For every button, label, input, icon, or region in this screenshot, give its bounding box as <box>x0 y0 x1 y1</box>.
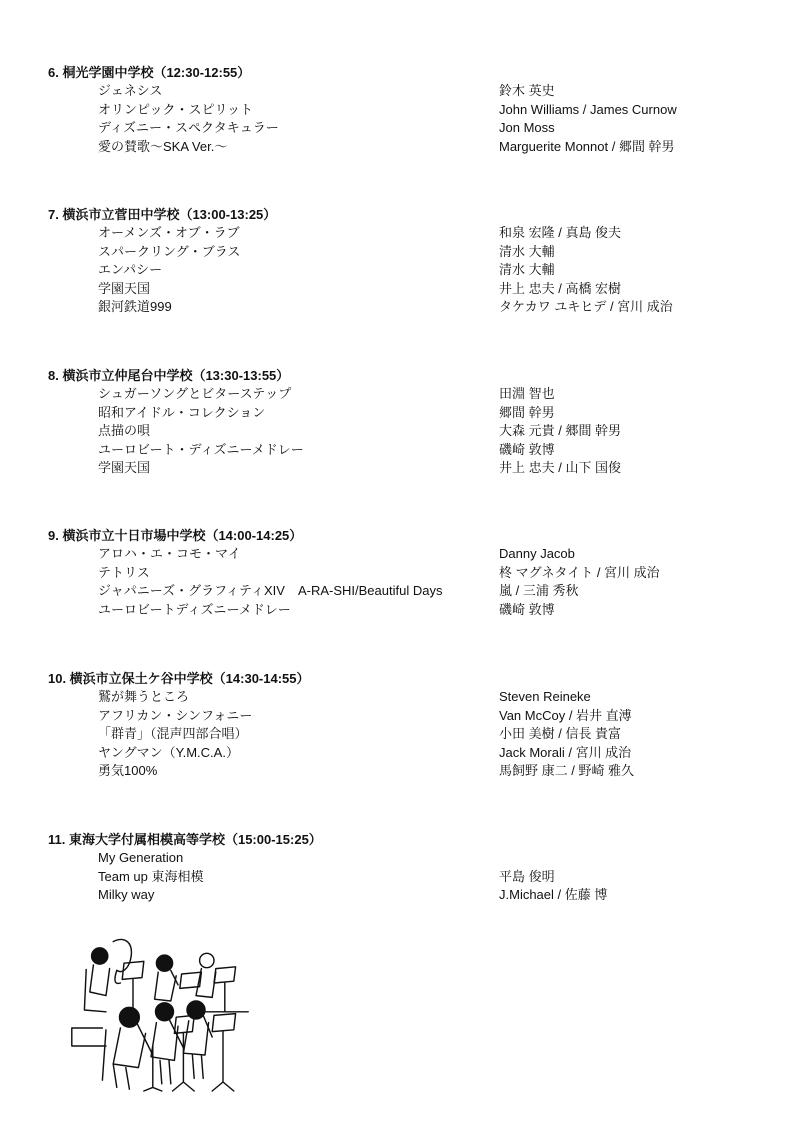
piece-composer: 小田 美樹 / 信長 貴富 <box>499 725 621 744</box>
program-item: ジェネシス鈴木 英史 <box>48 82 768 101</box>
program-item: 勇気100%馬飼野 康二 / 野崎 雅久 <box>48 762 768 781</box>
program-item: 学園天国井上 忠夫 / 高橋 宏樹 <box>48 280 768 299</box>
program-item: スパークリング・ブラス清水 大輔 <box>48 243 768 262</box>
program-item: 「群青」（混声四部合唱）小田 美樹 / 信長 貴富 <box>48 725 768 744</box>
section-heading: 6. 桐光学園中学校（12:30-12:55） <box>48 64 768 82</box>
brass-band-players-illustration <box>70 925 250 1095</box>
piece-title: ユーロビート・ディズニーメドレー <box>98 441 304 460</box>
piece-composer: 大森 元貴 / 郷間 幹男 <box>499 422 621 441</box>
piece-composer: 嵐 / 三浦 秀秋 <box>499 582 578 601</box>
piece-composer: Danny Jacob <box>499 545 575 564</box>
program-item: Team up 東海相模平島 俊明 <box>48 868 768 887</box>
piece-title: オーメンズ・オブ・ラブ <box>98 224 240 243</box>
program-item: テトリス柊 マグネタイト / 宮川 成治 <box>48 564 768 583</box>
program-item: 愛の賛歌～SKA Ver.～Marguerite Monnot / 郷間 幹男 <box>48 138 768 157</box>
section-heading: 7. 横浜市立菅田中学校（13:00-13:25） <box>48 206 768 224</box>
piece-title: ユーロビートディズニーメドレー <box>98 601 291 620</box>
piece-title: オリンピック・スピリット <box>98 101 253 120</box>
piece-composer: 清水 大輔 <box>499 243 555 262</box>
program-item: オリンピック・スピリットJohn Williams / James Curnow <box>48 101 768 120</box>
program-item: エンパシー清水 大輔 <box>48 261 768 280</box>
piece-title: 「群青」（混声四部合唱） <box>98 725 248 744</box>
piece-composer: 和泉 宏隆 / 真島 俊夫 <box>499 224 621 243</box>
piece-composer: 郷間 幹男 <box>499 404 555 423</box>
piece-composer: 清水 大輔 <box>499 261 555 280</box>
piece-title: ジャパニーズ・グラフィティXIV A-RA-SHI/Beautiful Days <box>98 582 442 601</box>
piece-composer: John Williams / James Curnow <box>499 101 677 120</box>
section-heading: 9. 横浜市立十日市場中学校（14:00-14:25） <box>48 527 768 545</box>
program-section-9: 9. 横浜市立十日市場中学校（14:00-14:25） アロハ・エ・コモ・マイD… <box>48 527 768 619</box>
piece-title: スパークリング・ブラス <box>98 243 240 262</box>
piece-composer: Van McCoy / 岩井 直溥 <box>499 707 632 726</box>
piece-title: アロハ・エ・コモ・マイ <box>98 545 241 564</box>
program-item: 銀河鉄道999タケカワ ユキヒデ / 宮川 成治 <box>48 298 768 317</box>
program-section-8: 8. 横浜市立仲尾台中学校（13:30-13:55） シュガーソングとビターステ… <box>48 367 768 478</box>
piece-title: 昭和アイドル・コレクション <box>98 404 265 423</box>
program-item: 学園天国井上 忠夫 / 山下 国俊 <box>48 459 768 478</box>
piece-title: Milky way <box>98 886 154 905</box>
piece-title: シュガーソングとビターステップ <box>98 385 291 404</box>
section-heading: 11. 東海大学付属相模高等学校（15:00-15:25） <box>48 831 768 849</box>
program-item: 点描の唄大森 元貴 / 郷間 幹男 <box>48 422 768 441</box>
piece-title: エンパシー <box>98 261 162 280</box>
piece-title: ディズニー・スペクタキュラー <box>98 119 279 138</box>
piece-composer: 磯崎 敦博 <box>499 601 555 620</box>
piece-composer: Jack Morali / 宮川 成治 <box>499 744 631 763</box>
piece-composer: J.Michael / 佐藤 博 <box>499 886 607 905</box>
piece-title: 勇気100% <box>98 762 157 781</box>
piece-composer: Steven Reineke <box>499 688 591 707</box>
program-item: アフリカン・シンフォニーVan McCoy / 岩井 直溥 <box>48 707 768 726</box>
section-heading: 10. 横浜市立保土ケ谷中学校（14:30-14:55） <box>48 670 768 688</box>
program-item: ユーロビート・ディズニーメドレー磯崎 敦博 <box>48 441 768 460</box>
piece-composer: 柊 マグネタイト / 宮川 成治 <box>499 564 660 583</box>
piece-composer: 井上 忠夫 / 山下 国俊 <box>499 459 621 478</box>
piece-title: ヤングマン（Y.M.C.A.） <box>98 744 239 763</box>
program-section-10: 10. 横浜市立保土ケ谷中学校（14:30-14:55） 鷲が舞うところStev… <box>48 670 768 781</box>
program-item: ジャパニーズ・グラフィティXIV A-RA-SHI/Beautiful Days… <box>48 582 768 601</box>
piece-composer: Jon Moss <box>499 119 555 138</box>
program-item: My Generation <box>48 849 768 868</box>
program-item: 鷲が舞うところSteven Reineke <box>48 688 768 707</box>
program-item: 昭和アイドル・コレクション郷間 幹男 <box>48 404 768 423</box>
piece-composer: タケカワ ユキヒデ / 宮川 成治 <box>499 298 673 317</box>
program-item: シュガーソングとビターステップ田淵 智也 <box>48 385 768 404</box>
piece-title: Team up 東海相模 <box>98 868 203 887</box>
piece-title: 銀河鉄道999 <box>98 298 172 317</box>
program-section-7: 7. 横浜市立菅田中学校（13:00-13:25） オーメンズ・オブ・ラブ和泉 … <box>48 206 768 317</box>
program-item: ヤングマン（Y.M.C.A.）Jack Morali / 宮川 成治 <box>48 744 768 763</box>
program-item: アロハ・エ・コモ・マイDanny Jacob <box>48 545 768 564</box>
program-section-11: 11. 東海大学付属相模高等学校（15:00-15:25） My Generat… <box>48 831 768 905</box>
piece-composer: 馬飼野 康二 / 野崎 雅久 <box>499 762 634 781</box>
piece-title: 鷲が舞うところ <box>98 688 189 707</box>
piece-composer: Marguerite Monnot / 郷間 幹男 <box>499 138 675 157</box>
program-section-6: 6. 桐光学園中学校（12:30-12:55） ジェネシス鈴木 英史 オリンピッ… <box>48 64 768 156</box>
piece-composer: 田淵 智也 <box>499 385 555 404</box>
piece-title: 点描の唄 <box>98 422 150 441</box>
piece-title: 愛の賛歌～SKA Ver.～ <box>98 138 227 157</box>
piece-title: アフリカン・シンフォニー <box>98 707 252 726</box>
program-item: ユーロビートディズニーメドレー磯崎 敦博 <box>48 601 768 620</box>
program-item: オーメンズ・オブ・ラブ和泉 宏隆 / 真島 俊夫 <box>48 224 768 243</box>
piece-composer: 鈴木 英史 <box>499 82 555 101</box>
section-heading: 8. 横浜市立仲尾台中学校（13:30-13:55） <box>48 367 768 385</box>
piece-title: ジェネシス <box>98 82 162 101</box>
piece-composer: 井上 忠夫 / 高橋 宏樹 <box>499 280 621 299</box>
piece-composer: 磯崎 敦博 <box>499 441 555 460</box>
piece-title: My Generation <box>98 849 183 868</box>
program-item: Milky wayJ.Michael / 佐藤 博 <box>48 886 768 905</box>
program-item: ディズニー・スペクタキュラーJon Moss <box>48 119 768 138</box>
piece-title: 学園天国 <box>98 459 150 478</box>
piece-composer: 平島 俊明 <box>499 868 555 887</box>
piece-title: テトリス <box>98 564 150 583</box>
piece-title: 学園天国 <box>98 280 150 299</box>
